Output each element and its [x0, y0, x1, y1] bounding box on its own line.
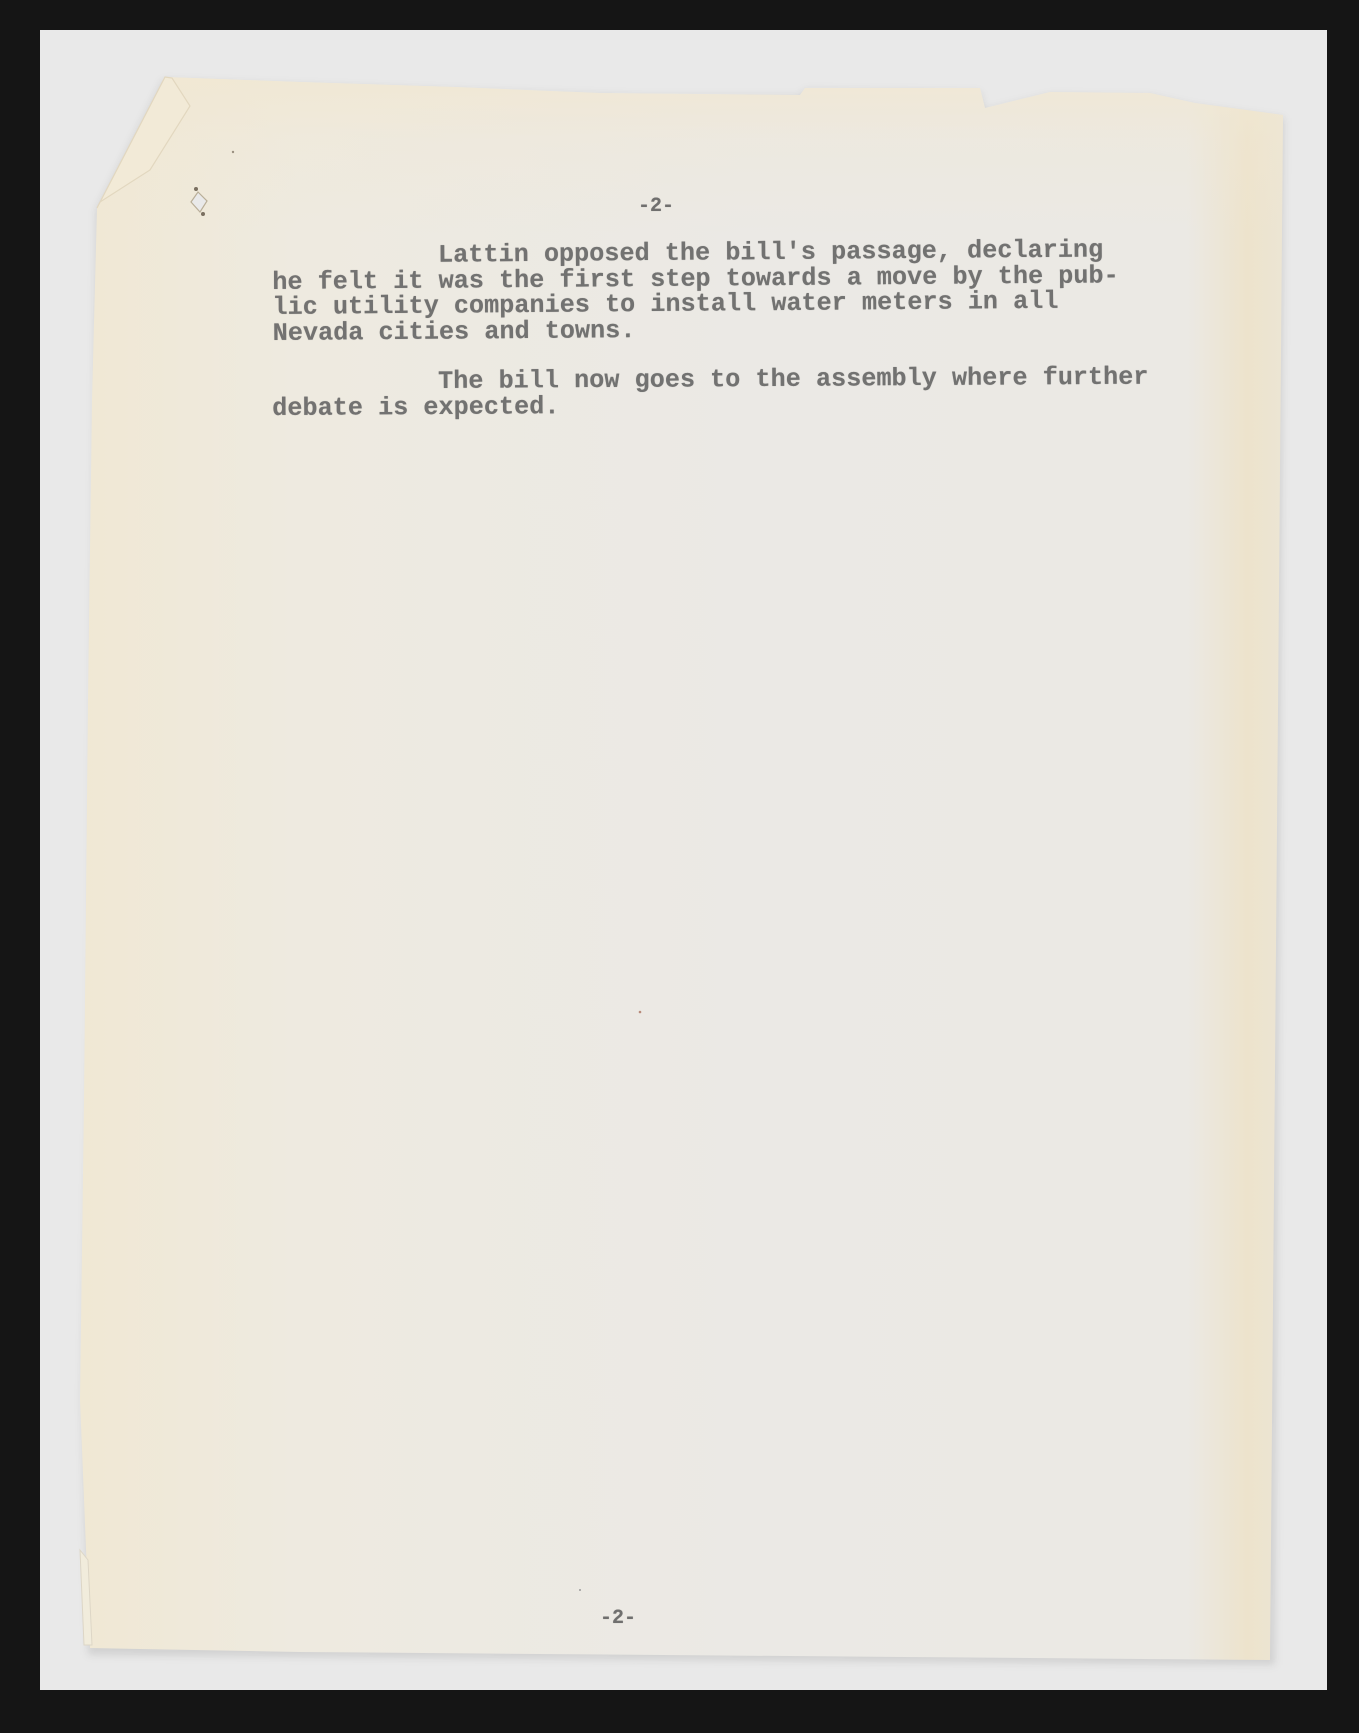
paragraph-line: debate is expected.	[272, 390, 1149, 421]
page-number-bottom: -2-	[600, 1606, 636, 1631]
document-text: -2- Lattin opposed the bill's passage, d…	[0, 0, 1359, 1733]
paragraph-line: Nevada cities and towns.	[273, 314, 1120, 346]
paragraph-2: The bill now goes to the assembly where …	[272, 365, 1149, 421]
paragraph-1: Lattin opposed the bill's passage, decla…	[272, 237, 1119, 346]
page-number-top: -2-	[638, 194, 674, 219]
